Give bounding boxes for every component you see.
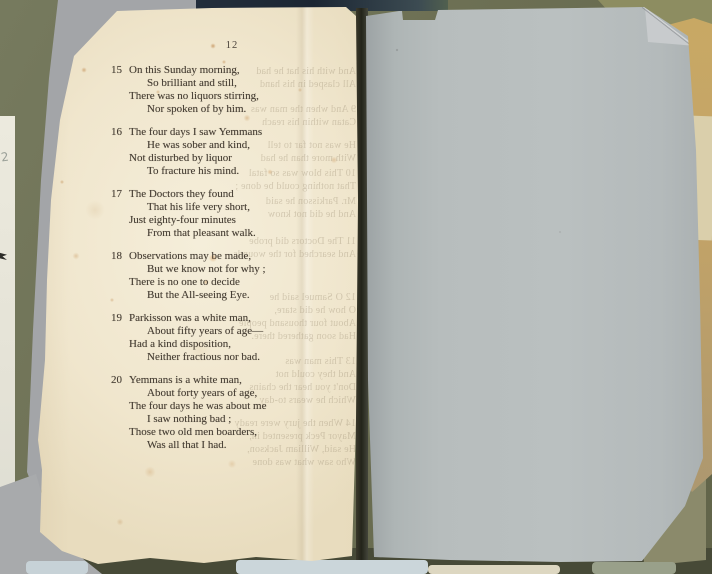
- verse-line: There was no liquors stirring,: [129, 90, 363, 103]
- verse-line: Those two old men boarders,: [129, 426, 363, 439]
- verse-line: Observations may be made,: [129, 250, 363, 263]
- verse-line: About fifty years of age—: [147, 325, 363, 338]
- stanza-number: 18: [111, 250, 122, 263]
- page-gutter: [356, 8, 368, 560]
- verse-line: I saw nothing bad ;: [147, 413, 363, 426]
- verse-line: That his life very short,: [147, 201, 363, 214]
- verse-line: Nor spoken of by him.: [147, 103, 363, 116]
- stanza-number: 17: [111, 188, 122, 201]
- stanza-number: 16: [111, 126, 122, 139]
- pen-mark: [0, 252, 7, 260]
- stanza-15: 15On this Sunday morning,So brilliant an…: [111, 64, 363, 116]
- page-number: 12: [214, 40, 250, 51]
- verse-line: There is no one to decide: [129, 276, 363, 289]
- verse-line: Not disturbed by liquor: [129, 152, 363, 165]
- stanza-number: 20: [111, 374, 122, 387]
- scanner-edge-patch: [428, 565, 560, 574]
- stanza-17: 17The Doctors they foundThat his life ve…: [111, 188, 363, 240]
- verse-line: The Doctors they found: [129, 188, 363, 201]
- verse-line: He was sober and kind,: [147, 139, 363, 152]
- verse-line: To fracture his mind.: [147, 165, 363, 178]
- verse-line: From that pleasant walk.: [147, 227, 363, 240]
- verse-line: Had a kind disposition,: [129, 338, 363, 351]
- stanza-number: 15: [111, 64, 122, 77]
- book-scan: 2 And with his hat he hadAll clasped in …: [0, 0, 712, 574]
- scanner-edge-patch: [592, 562, 676, 574]
- verse-line: So brilliant and still,: [147, 77, 363, 90]
- verse-line: On this Sunday morning,: [129, 64, 363, 77]
- verse-line: Yemmans is a white man,: [129, 374, 363, 387]
- verse-line: But we know not for why ;: [147, 263, 363, 276]
- verse-line: Was all that I had.: [147, 439, 363, 452]
- verse-line: The four days he was about me: [129, 400, 363, 413]
- verse-line: But the All-seeing Eye.: [147, 289, 363, 302]
- verse-line: The four days I saw Yemmans: [129, 126, 363, 139]
- stanza-20: 20Yemmans is a white man,About forty yea…: [111, 374, 363, 452]
- scanner-edge-patch: [236, 560, 428, 574]
- verse-line: Just eighty-four minutes: [129, 214, 363, 227]
- verse-line: Parkisson was a white man,: [129, 312, 363, 325]
- stanza-18: 18Observations may be made,But we know n…: [111, 250, 363, 302]
- poem-text: 15On this Sunday morning,So brilliant an…: [111, 64, 363, 462]
- scanner-edge-patch: [26, 561, 88, 574]
- verse-line: Neither fractious nor bad.: [147, 351, 363, 364]
- verse-line: About forty years of age,: [147, 387, 363, 400]
- stanza-19: 19Parkisson was a white man,About fifty …: [111, 312, 363, 364]
- stanza-16: 16The four days I saw YemmansHe was sobe…: [111, 126, 363, 178]
- margin-note: 2: [0, 150, 10, 165]
- stanza-number: 19: [111, 312, 122, 325]
